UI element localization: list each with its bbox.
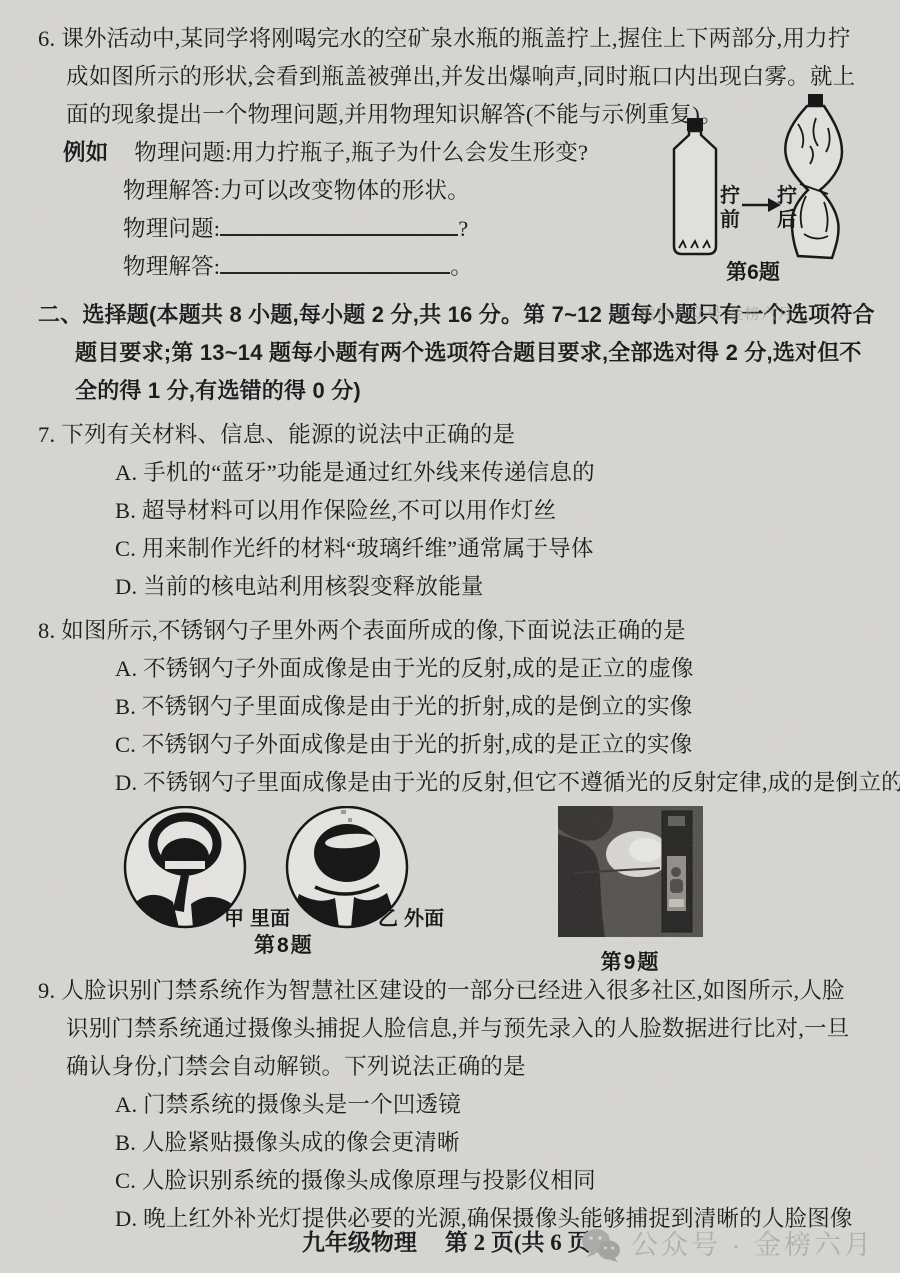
question-9-stem: 9.人脸识别门禁系统作为智慧社区建设的一部分已经进入很多社区,如图所示,人脸识别… bbox=[38, 972, 866, 1086]
footer-watermark: 公众号 · 金榜六月 bbox=[581, 1226, 874, 1264]
question-6-figure: 拧前 拧后 第6题 bbox=[648, 84, 882, 290]
figure-row: 甲 里面 乙 外面 第8题 bbox=[38, 806, 866, 958]
question-8-text: 如图所示,不锈钢勺子里外两个表面所成的像,下面说法正确的是 bbox=[61, 618, 686, 643]
question-7-text: 下列有关材料、信息、能源的说法中正确的是 bbox=[61, 422, 515, 447]
example-question-text: 物理问题:用力拧瓶子,瓶子为什么会发生形变? bbox=[134, 140, 588, 165]
question-9-option-a: A. 门禁系统的摄像头是一个凹透镜 bbox=[38, 1086, 866, 1124]
question-8-figure-caption: 第8题 bbox=[254, 933, 314, 956]
footer-course: 九年级物理 bbox=[302, 1230, 417, 1255]
blank-question-suffix: ? bbox=[458, 216, 468, 241]
answer-blank-line bbox=[220, 212, 458, 236]
spoon-outer-label: 乙 外面 bbox=[378, 907, 444, 930]
bottle-before bbox=[674, 131, 716, 254]
question-9-number: 9. bbox=[38, 978, 61, 1003]
question-7-option-b: B. 超导材料可以用作保险丝,不可以用作灯丝 bbox=[38, 492, 866, 530]
door-access-photo bbox=[558, 806, 703, 937]
question-7-option-c: C. 用来制作光纤的材料“玻璃纤维”通常属于导体 bbox=[38, 530, 866, 568]
answer-blank-line bbox=[220, 250, 450, 274]
blank-answer-suffix: 。 bbox=[450, 254, 473, 279]
spoon-inner-label: 甲 里面 bbox=[224, 907, 290, 930]
question-8-number: 8. bbox=[38, 618, 61, 643]
question-8-option-c: C. 不锈钢勺子外面成像是由于光的折射,成的是正立的实像 bbox=[38, 726, 866, 764]
footer-page-number: 第 2 页(共 6 页) bbox=[445, 1230, 598, 1255]
question-9-figure: 第9题 bbox=[558, 806, 703, 975]
question-9-text: 人脸识别门禁系统作为智慧社区建设的一部分已经进入很多社区,如图所示,人脸识别门禁… bbox=[61, 978, 849, 1079]
question-7-option-d: D. 当前的核电站利用核裂变释放能量 bbox=[38, 568, 866, 606]
blank-answer-label: 物理解答: bbox=[123, 254, 220, 279]
page-footer: 九年级物理第 2 页(共 6 页) 公众号 · 金榜六月 bbox=[0, 1226, 900, 1266]
question-6-number: 6. bbox=[38, 26, 61, 51]
question-8-stem: 8.如图所示,不锈钢勺子里外两个表面所成的像,下面说法正确的是 bbox=[38, 612, 866, 650]
question-7-number: 7. bbox=[38, 422, 61, 447]
question-9-figure-caption: 第9题 bbox=[558, 951, 703, 975]
question-8-spoons-figure: 甲 里面 乙 外面 第8题 bbox=[123, 806, 469, 956]
question-9-option-c: C. 人脸识别系统的摄像头成像原理与投影仪相同 bbox=[38, 1162, 866, 1200]
bottle-cap bbox=[687, 118, 703, 131]
wechat-icon bbox=[581, 1228, 621, 1262]
footer-watermark-text: 公众号 · 金榜六月 bbox=[631, 1226, 874, 1264]
watermark-mid: 微信公众号:金榜六月 bbox=[640, 302, 794, 324]
question-7-stem: 7.下列有关材料、信息、能源的说法中正确的是 bbox=[38, 416, 866, 454]
question-7-option-a: A. 手机的“蓝牙”功能是通过红外线来传递信息的 bbox=[38, 454, 866, 492]
example-label: 例如 bbox=[63, 140, 108, 165]
question-8-option-d: D. 不锈钢勺子里面成像是由于光的反射,但它不遵循光的反射定律,成的是倒立的实像 bbox=[38, 764, 866, 802]
blank-question-label: 物理问题: bbox=[123, 216, 220, 241]
question-9-option-b: B. 人脸紧贴摄像头成的像会更清晰 bbox=[38, 1124, 866, 1162]
question-6-figure-caption: 第6题 bbox=[703, 256, 803, 286]
question-8-option-b: B. 不锈钢勺子里面成像是由于光的折射,成的是倒立的实像 bbox=[38, 688, 866, 726]
exam-page: 6.课外活动中,某同学将刚喝完水的空矿泉水瓶的瓶盖拧上,握住上下两部分,用力拧成… bbox=[0, 0, 900, 1273]
label-before-twist: 拧前 bbox=[718, 184, 742, 232]
bottle-cap bbox=[808, 94, 823, 106]
example-answer-text: 物理解答:力可以改变物体的形状。 bbox=[123, 178, 470, 203]
label-after-twist: 拧后 bbox=[775, 184, 799, 232]
question-8-option-a: A. 不锈钢勺子外面成像是由于光的反射,成的是正立的虚像 bbox=[38, 650, 866, 688]
